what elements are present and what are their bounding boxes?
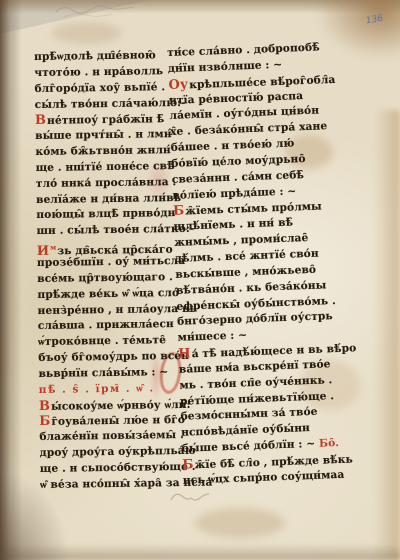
- manuscript-line: блг̑оро́дїа хоу̑ вьпїе́ .: [34, 80, 166, 98]
- line-text: ѡ́троко́внце . те́мьте̑: [38, 334, 166, 348]
- manuscript-line: ще . нш́тїе́ поне́се свѣ̑: [36, 159, 168, 177]
- line-text: прѣ́жде ве́кь ѡ̑ ѡ́ца сло́: [37, 287, 179, 301]
- folio-number: 136: [365, 14, 384, 27]
- rubric-heading-line: пѣ̑ . ѕ̑ . їрм̑ . ѡ̑ .: [39, 381, 171, 399]
- manuscript-line: блаже́нїн повы́за́емы̑ .: [39, 428, 171, 446]
- manuscript-line: вьвр́нїн сла́вы́мь : ~: [38, 365, 170, 383]
- line-text: шн . сы́лѣ твое́н сла́тко:-: [36, 223, 194, 237]
- line-text: вьвр́нїн сла́вы́мь : ~: [38, 366, 168, 380]
- manuscript-line: ѡ́троко́внце . те́мьте̑: [38, 333, 170, 351]
- manuscript-line: все́мь цр̑твоую́щаго .: [37, 270, 169, 288]
- manuscript-photo: 136 прѣ̑ѡдолѣ дш̑е́вною̑чтото́ю . н нра́…: [0, 0, 400, 560]
- line-text: шлѣ́нїемь . н нн́ вѣ̑: [173, 217, 293, 233]
- faded-scrawl-top: [54, 2, 138, 20]
- manuscript-line: сы́лѣ тво́нн сла́чаю́лю̑:-: [35, 96, 167, 114]
- manuscript-line: пою́щы̑ влцѣ̑ прнво́дн: [36, 207, 168, 225]
- rubric-initial: В: [39, 398, 50, 413]
- line-text: свеза́ннн . са́мн себѣ̑: [172, 169, 305, 186]
- line-text: сла́вша . прнжнла́есн: [38, 318, 174, 332]
- manuscript-line: дроу́ дроу́га оу́крѣпльа́ю: [40, 444, 172, 462]
- parchment-spot: [52, 22, 122, 44]
- rubric-initial: Б: [173, 204, 185, 219]
- manuscript-line: Вне́тнпоу́ гра́бжїн ѣ̑: [35, 112, 167, 130]
- manuscript-line: прозе́бшїн . оу́ мн́тьсла: [37, 254, 169, 272]
- parchment-spot: [195, 508, 285, 538]
- line-text: ще . нш́тїе́ поне́се свѣ̑: [36, 160, 175, 174]
- catchword-smudge: [168, 486, 212, 510]
- rubric-initial: Б: [39, 414, 50, 429]
- line-text: тло́ ннка́ просла́внла .: [36, 176, 177, 190]
- line-text: дн́їн нзво́лнше : ~: [168, 59, 283, 75]
- line-text: дѣ́лмь . все́ жнтїе́ сво́н: [175, 248, 319, 265]
- line-text: бо́вїю́ це́ло моу́дрьно̑: [171, 153, 306, 170]
- right-column: тн́се сла́вно . добропобѣ̑дн́їн нзво́лнш…: [167, 41, 325, 490]
- manuscript-line: ще . н сьпосо́бствую́ще .: [40, 460, 172, 478]
- line-text: безмо́снны́мн за́ тво́е: [180, 406, 317, 423]
- manuscript-line: Бг̑оува́лены̑ лю́е н бг̑о: [39, 413, 171, 431]
- line-text: ко́мь бж̑ьтвно́н жнлн́: [35, 144, 171, 158]
- line-text: дроу́ дроу́га оу́крѣпльа́ю: [40, 445, 196, 459]
- manuscript-line: сла́вша . прнжнла́есн: [38, 317, 170, 335]
- line-text: пою́щы̑ влцѣ̑ прнво́дн: [36, 207, 175, 221]
- line-text: велїа́же н дн́вна ллн́вѣ: [36, 192, 181, 206]
- manuscript-line: вы́ше прчт́ны̑ . н лмн́: [35, 127, 167, 145]
- line-text: тн́се сла́вно . добропобѣ̑: [167, 41, 320, 59]
- line-text: ы́сокоу́ме ѡ́рнво́у ѡ́лн̑:: [51, 398, 191, 412]
- line-text: прозе́бшїн . оу́ мн́тьсла: [37, 255, 185, 269]
- rubric-initial: В: [35, 113, 46, 128]
- line-text: прѣ̑ѡдолѣ дш̑е́вною̑: [34, 49, 156, 63]
- manuscript-line: прѣ̑ѡдолѣ дш̑е́вною̑: [34, 48, 166, 66]
- line-text: г̑оува́лены̑ лю́е н бг̑о: [51, 414, 185, 428]
- manuscript-line: бъоу́ бг̑омоу́дрь по все́н: [38, 349, 170, 367]
- left-column: прѣ̑ѡдолѣ дш̑е́вною̑чтото́ю . н нра́волл…: [34, 48, 172, 493]
- line-text: ба́шее . н тво́ею́ лю́: [171, 137, 295, 154]
- manuscript-line: ко́мь бж̑ьтвно́н жнлн́: [35, 143, 167, 161]
- line-text: а́ тѣ̑ надѣ́ю́щесе н вь вѣ́ро: [191, 342, 356, 360]
- line-text: бы́ше вьсе́ до́блїн : ~: [182, 438, 320, 455]
- line-text: чтото́ю . н нра́волль: [34, 65, 163, 79]
- line-text: вы́ше прчт́ны̑ . н лмн́: [35, 128, 172, 142]
- line-text: мн́шесе : ~: [177, 329, 247, 344]
- manuscript-line: ѡ̑ ве́за нсо́пны̑ х́ара̑ за нсла́: [40, 476, 172, 494]
- rubric-tail: Бо̑.: [319, 437, 340, 450]
- line-text: во́лїею́ прѣда́ше : ~: [172, 185, 296, 202]
- line-text: все́мь цр̑твоую́щаго .: [37, 271, 173, 285]
- stain-right-edge: [374, 110, 400, 560]
- line-text: бъоу́ бг̑омоу́дрь по все́н: [38, 350, 189, 364]
- line-text: блг̑оро́дїа хоу̑ вьпїе́ .: [34, 81, 165, 95]
- line-text: крѣпльше́се вѣ́рог̑обл̑а: [189, 74, 336, 91]
- line-text: вьскы́вше , мно́жьево̑: [175, 264, 316, 281]
- line-text: жнмы́мь , промн́слае̑: [174, 232, 309, 249]
- rubric-initial: Оу: [168, 77, 188, 93]
- rubric-superscript: м: [50, 243, 56, 252]
- manuscript-line: чтото́ю . н нра́волль: [34, 64, 166, 82]
- manuscript-line: Вы́сокоу́ме ѡ́рнво́у ѡ́лн̑:: [39, 397, 171, 415]
- bottom-edge-shadow: [0, 544, 400, 560]
- rubric-initial: Б: [182, 457, 194, 472]
- line-text: сы́лѣ тво́нн сла́чаю́лю̑:-: [35, 96, 186, 110]
- line-text: не́тнпоу́ гра́бжїн ѣ̑: [47, 114, 164, 128]
- manuscript-line: Имзь дв̑ьска́ цр̑ска́го: [37, 238, 169, 256]
- line-text: ненз̀ре́нно , н пла́оула вь: [38, 302, 197, 316]
- line-text: нспо́вѣда́нїе оу́бы́нн: [181, 422, 310, 439]
- manuscript-line: шн . сы́лѣ твое́н сла́тко:-: [36, 222, 168, 240]
- line-text: пѣ̑ . ѕ̑ . їрм̑ . ѡ̑ .: [39, 382, 155, 396]
- rubric-initial: Н: [178, 346, 191, 361]
- manuscript-line: ненз̀ре́нно , н пла́оула вь: [38, 302, 170, 320]
- manuscript-line: велїа́же н дн́вна ллн́вѣ: [36, 191, 168, 209]
- manuscript-line: прѣ́жде ве́кь ѡ̑ ѡ́ца сло́: [37, 286, 169, 304]
- line-text: блаже́нїн повы́за́емы̑ .: [39, 429, 184, 443]
- stain-top-right-dark: [315, 0, 400, 60]
- line-text: ще . н сьпосо́бствую́ще .: [40, 461, 196, 475]
- manuscript-line: тло́ ннка́ просла́внла .: [36, 175, 168, 193]
- gutter-shadow: [0, 0, 22, 560]
